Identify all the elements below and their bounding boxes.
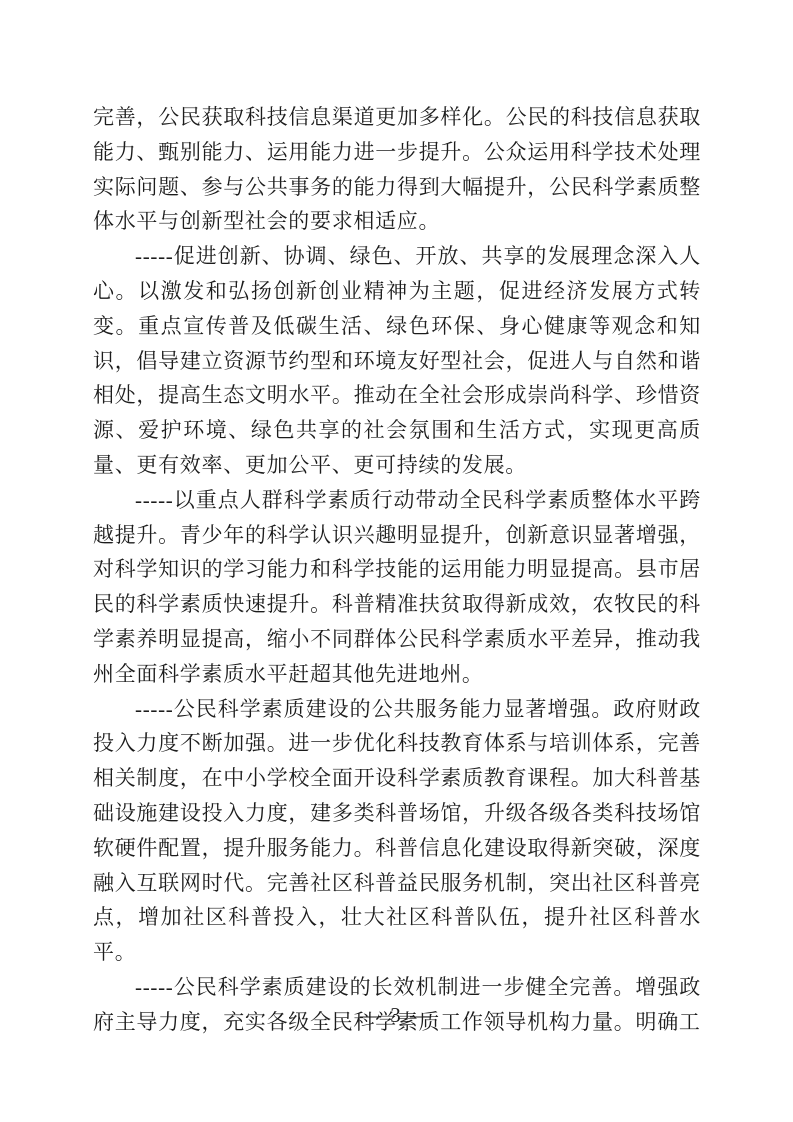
paragraph: -----公民科学素质建设的公共服务能力显著增强。政府财政投入力度不断加强。进一… [93, 692, 701, 970]
document-page: 完善，公民获取科技信息渠道更加多样化。公民的科技信息获取能力、甄别能力、运用能力… [0, 0, 793, 1122]
page-number: — 3 — [0, 1000, 793, 1030]
text-body: 完善，公民获取科技信息渠道更加多样化。公民的科技信息获取能力、甄别能力、运用能力… [93, 100, 701, 1040]
paragraph: -----以重点人群科学素质行动带动全民科学素质整体水平跨越提升。青少年的科学认… [93, 483, 701, 692]
paragraph: 完善，公民获取科技信息渠道更加多样化。公民的科技信息获取能力、甄别能力、运用能力… [93, 100, 701, 239]
paragraph: -----促进创新、协调、绿色、开放、共享的发展理念深入人心。以激发和弘扬创新创… [93, 239, 701, 483]
